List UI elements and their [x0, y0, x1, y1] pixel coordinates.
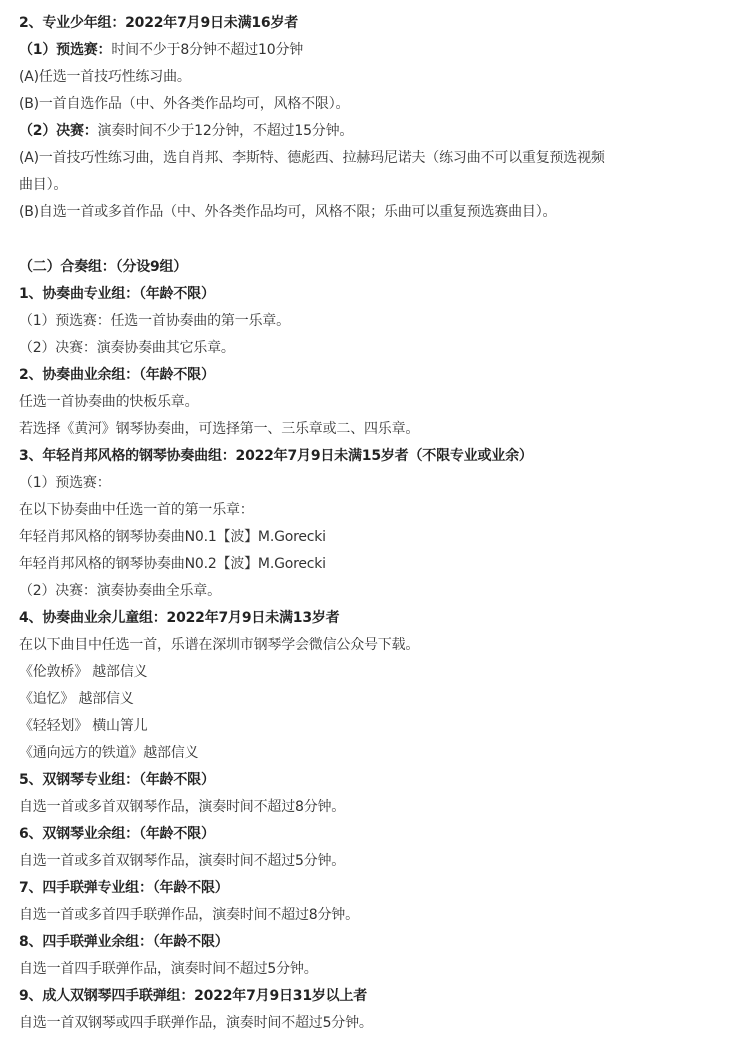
heading-text: 7、四手联弹专业组：（年龄不限）: [19, 880, 229, 896]
heading-text: 3、年轻肖邦风格的钢琴协奏曲组：2022年7月9日未满15岁者（不限专业或业余）: [19, 448, 533, 464]
heading-text: 4、协奏曲业余儿童组：2022年7月9日未满13岁者: [19, 610, 339, 626]
body-text: （1）预选赛：: [19, 475, 111, 491]
section-heading: （1）预选赛：时间不少于8分钟不超过10分钟: [19, 40, 303, 60]
heading-text: 6、双钢琴业余组：（年龄不限）: [19, 826, 215, 842]
body-text: (A)一首技巧性练习曲，选自肖邦、李斯特、德彪西、拉赫玛尼诺夫（练习曲不可以重复…: [19, 150, 605, 166]
section-heading: 5、双钢琴专业组：（年龄不限）: [19, 770, 215, 790]
body-text: (A)任选一首技巧性练习曲。: [19, 69, 191, 85]
section-heading: 9、成人双钢琴四手联弹组：2022年7月9日31岁以上者: [19, 986, 367, 1006]
paragraph-line: 曲目）。: [19, 175, 67, 195]
paragraph-line: (B)自选一首或多首作品（中、外各类作品均可，风格不限；乐曲可以重复预选赛曲目）…: [19, 202, 556, 222]
paragraph-line: 年轻肖邦风格的钢琴协奏曲N0.1【波】M.Gorecki: [19, 527, 326, 547]
section-heading: （2）决赛：演奏时间不少于12分钟，不超过15分钟。: [19, 121, 353, 141]
body-text: 《伦敦桥》 越部信义: [19, 664, 147, 680]
body-text: 演奏时间不少于12分钟，不超过15分钟。: [98, 123, 354, 139]
heading-text: （2）决赛：: [19, 123, 98, 139]
paragraph-line: 自选一首双钢琴或四手联弹作品，演奏时间不超过5分钟。: [19, 1013, 373, 1033]
paragraph-line: （2）决赛：演奏协奏曲全乐章。: [19, 581, 221, 601]
section-heading: 8、四手联弹业余组：（年龄不限）: [19, 932, 229, 952]
paragraph-line: 自选一首或多首双钢琴作品，演奏时间不超过8分钟。: [19, 797, 345, 817]
section-heading: 1、协奏曲专业组：（年龄不限）: [19, 284, 215, 304]
paragraph-line: 若选择《黄河》钢琴协奏曲，可选择第一、三乐章或二、四乐章。: [19, 419, 419, 439]
body-text: 《通向远方的铁道》越部信义: [19, 745, 198, 761]
heading-text: 2、协奏曲业余组：（年龄不限）: [19, 367, 215, 383]
section-heading: （二）合奏组：（分设9组）: [19, 257, 187, 277]
paragraph-line: 自选一首四手联弹作品，演奏时间不超过5分钟。: [19, 959, 318, 979]
section-heading: 6、双钢琴业余组：（年龄不限）: [19, 824, 215, 844]
body-text: 自选一首四手联弹作品，演奏时间不超过5分钟。: [19, 961, 318, 977]
heading-text: 5、双钢琴专业组：（年龄不限）: [19, 772, 215, 788]
body-text: （2）决赛：演奏协奏曲其它乐章。: [19, 340, 235, 356]
paragraph-line: （2）决赛：演奏协奏曲其它乐章。: [19, 338, 235, 358]
heading-text: 1、协奏曲专业组：（年龄不限）: [19, 286, 215, 302]
body-text: 在以下协奏曲中任选一首的第一乐章：: [19, 502, 254, 518]
body-text: (B)自选一首或多首作品（中、外各类作品均可，风格不限；乐曲可以重复预选赛曲目）…: [19, 204, 556, 220]
paragraph-line: (B)一首自选作品（中、外各类作品均可，风格不限）。: [19, 94, 349, 114]
heading-text: （1）预选赛：: [19, 42, 111, 58]
section-heading: 2、协奏曲业余组：（年龄不限）: [19, 365, 215, 385]
body-text: （2）决赛：演奏协奏曲全乐章。: [19, 583, 221, 599]
paragraph-line: 年轻肖邦风格的钢琴协奏曲N0.2【波】M.Gorecki: [19, 554, 326, 574]
heading-text: 9、成人双钢琴四手联弹组：2022年7月9日31岁以上者: [19, 988, 367, 1004]
body-text: (B)一首自选作品（中、外各类作品均可，风格不限）。: [19, 96, 349, 112]
body-text: （1）预选赛：任选一首协奏曲的第一乐章。: [19, 313, 290, 329]
paragraph-line: 任选一首协奏曲的快板乐章。: [19, 392, 198, 412]
body-text: 时间不少于8分钟不超过10分钟: [111, 42, 303, 58]
section-heading: 4、协奏曲业余儿童组：2022年7月9日未满13岁者: [19, 608, 339, 628]
section-heading: 3、年轻肖邦风格的钢琴协奏曲组：2022年7月9日未满15岁者（不限专业或业余）: [19, 446, 533, 466]
paragraph-line: 《轻轻划》 横山箐儿: [19, 716, 147, 736]
body-text: 自选一首或多首双钢琴作品，演奏时间不超过5分钟。: [19, 853, 345, 869]
paragraph-line: 《通向远方的铁道》越部信义: [19, 743, 198, 763]
body-text: 《追忆》 越部信义: [19, 691, 134, 707]
body-text: 若选择《黄河》钢琴协奏曲，可选择第一、三乐章或二、四乐章。: [19, 421, 419, 437]
body-text: 年轻肖邦风格的钢琴协奏曲N0.1【波】M.Gorecki: [19, 529, 326, 545]
section-heading: 2、专业少年组：2022年7月9日未满16岁者: [19, 13, 298, 33]
paragraph-line: 自选一首或多首双钢琴作品，演奏时间不超过5分钟。: [19, 851, 345, 871]
paragraph-line: (A)任选一首技巧性练习曲。: [19, 67, 191, 87]
body-text: 自选一首或多首双钢琴作品，演奏时间不超过8分钟。: [19, 799, 345, 815]
paragraph-line: （1）预选赛：: [19, 473, 111, 493]
paragraph-line: 在以下协奏曲中任选一首的第一乐章：: [19, 500, 254, 520]
heading-text: 2、专业少年组：2022年7月9日未满16岁者: [19, 15, 298, 31]
paragraph-line: 自选一首或多首四手联弹作品，演奏时间不超过8分钟。: [19, 905, 359, 925]
body-text: 曲目）。: [19, 177, 67, 193]
body-text: 在以下曲目中任选一首，乐谱在深圳市钢琴学会微信公众号下载。: [19, 637, 419, 653]
body-text: 任选一首协奏曲的快板乐章。: [19, 394, 198, 410]
body-text: 年轻肖邦风格的钢琴协奏曲N0.2【波】M.Gorecki: [19, 556, 326, 572]
paragraph-line: （1）预选赛：任选一首协奏曲的第一乐章。: [19, 311, 290, 331]
paragraph-line: (A)一首技巧性练习曲，选自肖邦、李斯特、德彪西、拉赫玛尼诺夫（练习曲不可以重复…: [19, 148, 605, 168]
heading-text: 8、四手联弹业余组：（年龄不限）: [19, 934, 229, 950]
paragraph-line: 《伦敦桥》 越部信义: [19, 662, 147, 682]
body-text: 自选一首双钢琴或四手联弹作品，演奏时间不超过5分钟。: [19, 1015, 373, 1031]
paragraph-line: 在以下曲目中任选一首，乐谱在深圳市钢琴学会微信公众号下载。: [19, 635, 419, 655]
body-text: 自选一首或多首四手联弹作品，演奏时间不超过8分钟。: [19, 907, 359, 923]
section-heading: 7、四手联弹专业组：（年龄不限）: [19, 878, 229, 898]
body-text: 《轻轻划》 横山箐儿: [19, 718, 147, 734]
heading-text: （二）合奏组：（分设9组）: [19, 259, 187, 275]
paragraph-line: 《追忆》 越部信义: [19, 689, 134, 709]
